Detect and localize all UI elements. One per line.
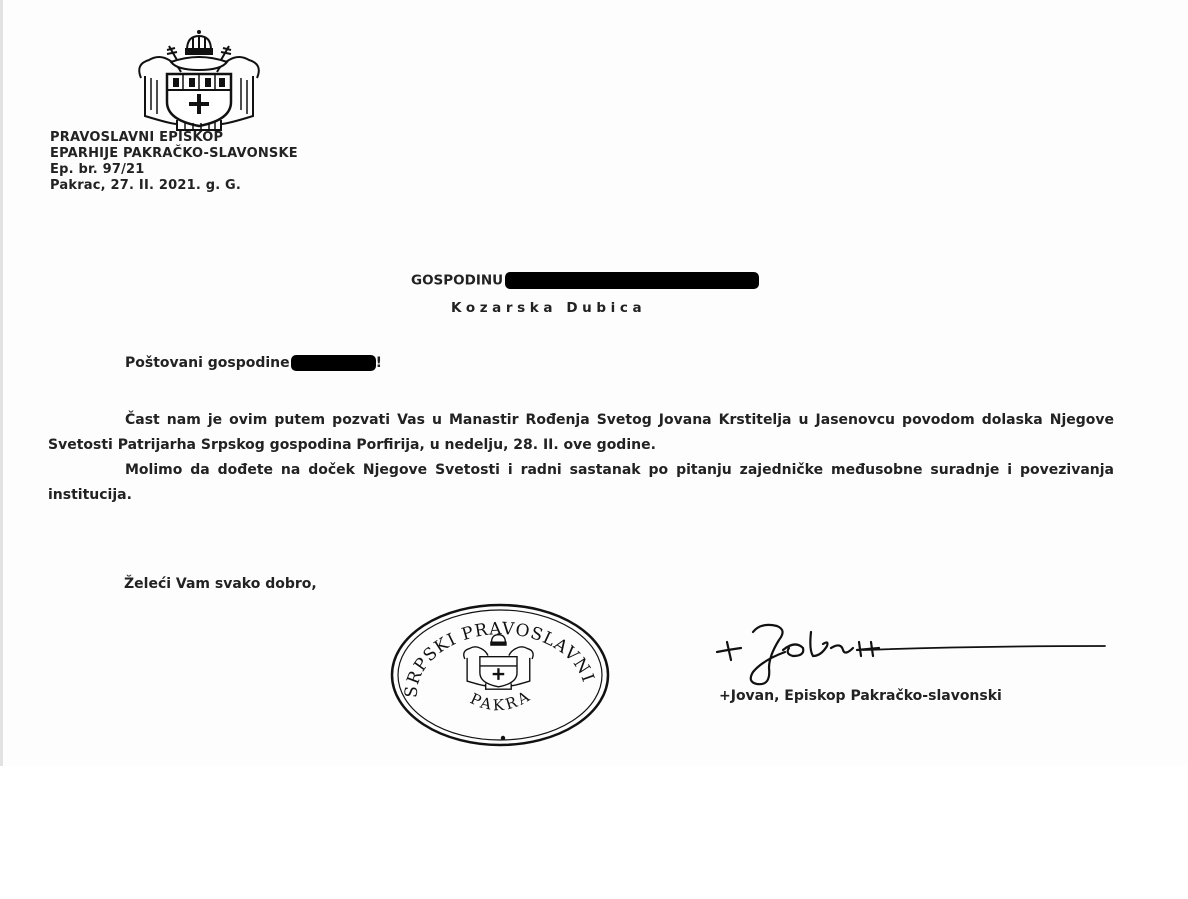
letter-page: PRAVOSLAVNI EPISKOP EPARHIJE PAKRAČKO-SL… (3, 0, 1188, 766)
reference-number: Ep. br. 97/21 (50, 162, 298, 178)
redacted-name-bar (505, 272, 759, 289)
coat-of-arms-icon (131, 28, 267, 132)
handwritten-signature-icon (713, 612, 1113, 692)
addressee-line: GOSPODINU (411, 272, 759, 289)
addressee-city: Kozarska Dubica (451, 300, 646, 316)
closing-line: Želeći Vam svako dobro, (124, 576, 317, 592)
letterhead-line2: EPARHIJE PAKRAČKO-SLAVONSKE (50, 146, 298, 162)
greeting-prefix: Poštovani gospodine (125, 355, 290, 371)
seal-stamp-icon: SRPSKI PRAVOSLAVNI EPISKOP SLAVONSKI PAK… (389, 602, 611, 748)
body-paragraph-1: Čast nam je ovim putem pozvati Vas u Man… (48, 408, 1114, 458)
letterhead: PRAVOSLAVNI EPISKOP EPARHIJE PAKRAČKO-SL… (50, 130, 298, 194)
place-date: Pakrac, 27. II. 2021. g. G. (50, 178, 298, 194)
signer-name: +Jovan, Episkop Pakračko-slavonski (719, 688, 1002, 704)
greeting-suffix: ! (376, 355, 382, 371)
body-paragraph-2: Molimo da dođete na doček Njegove Svetos… (48, 458, 1114, 508)
addressee-prefix: GOSPODINU (411, 273, 503, 289)
letter-body: Čast nam je ovim putem pozvati Vas u Man… (48, 408, 1114, 508)
greeting-line: Poštovani gospodine! (125, 355, 382, 371)
redacted-greeting-name-bar (291, 355, 376, 371)
letterhead-line1: PRAVOSLAVNI EPISKOP (50, 130, 298, 146)
